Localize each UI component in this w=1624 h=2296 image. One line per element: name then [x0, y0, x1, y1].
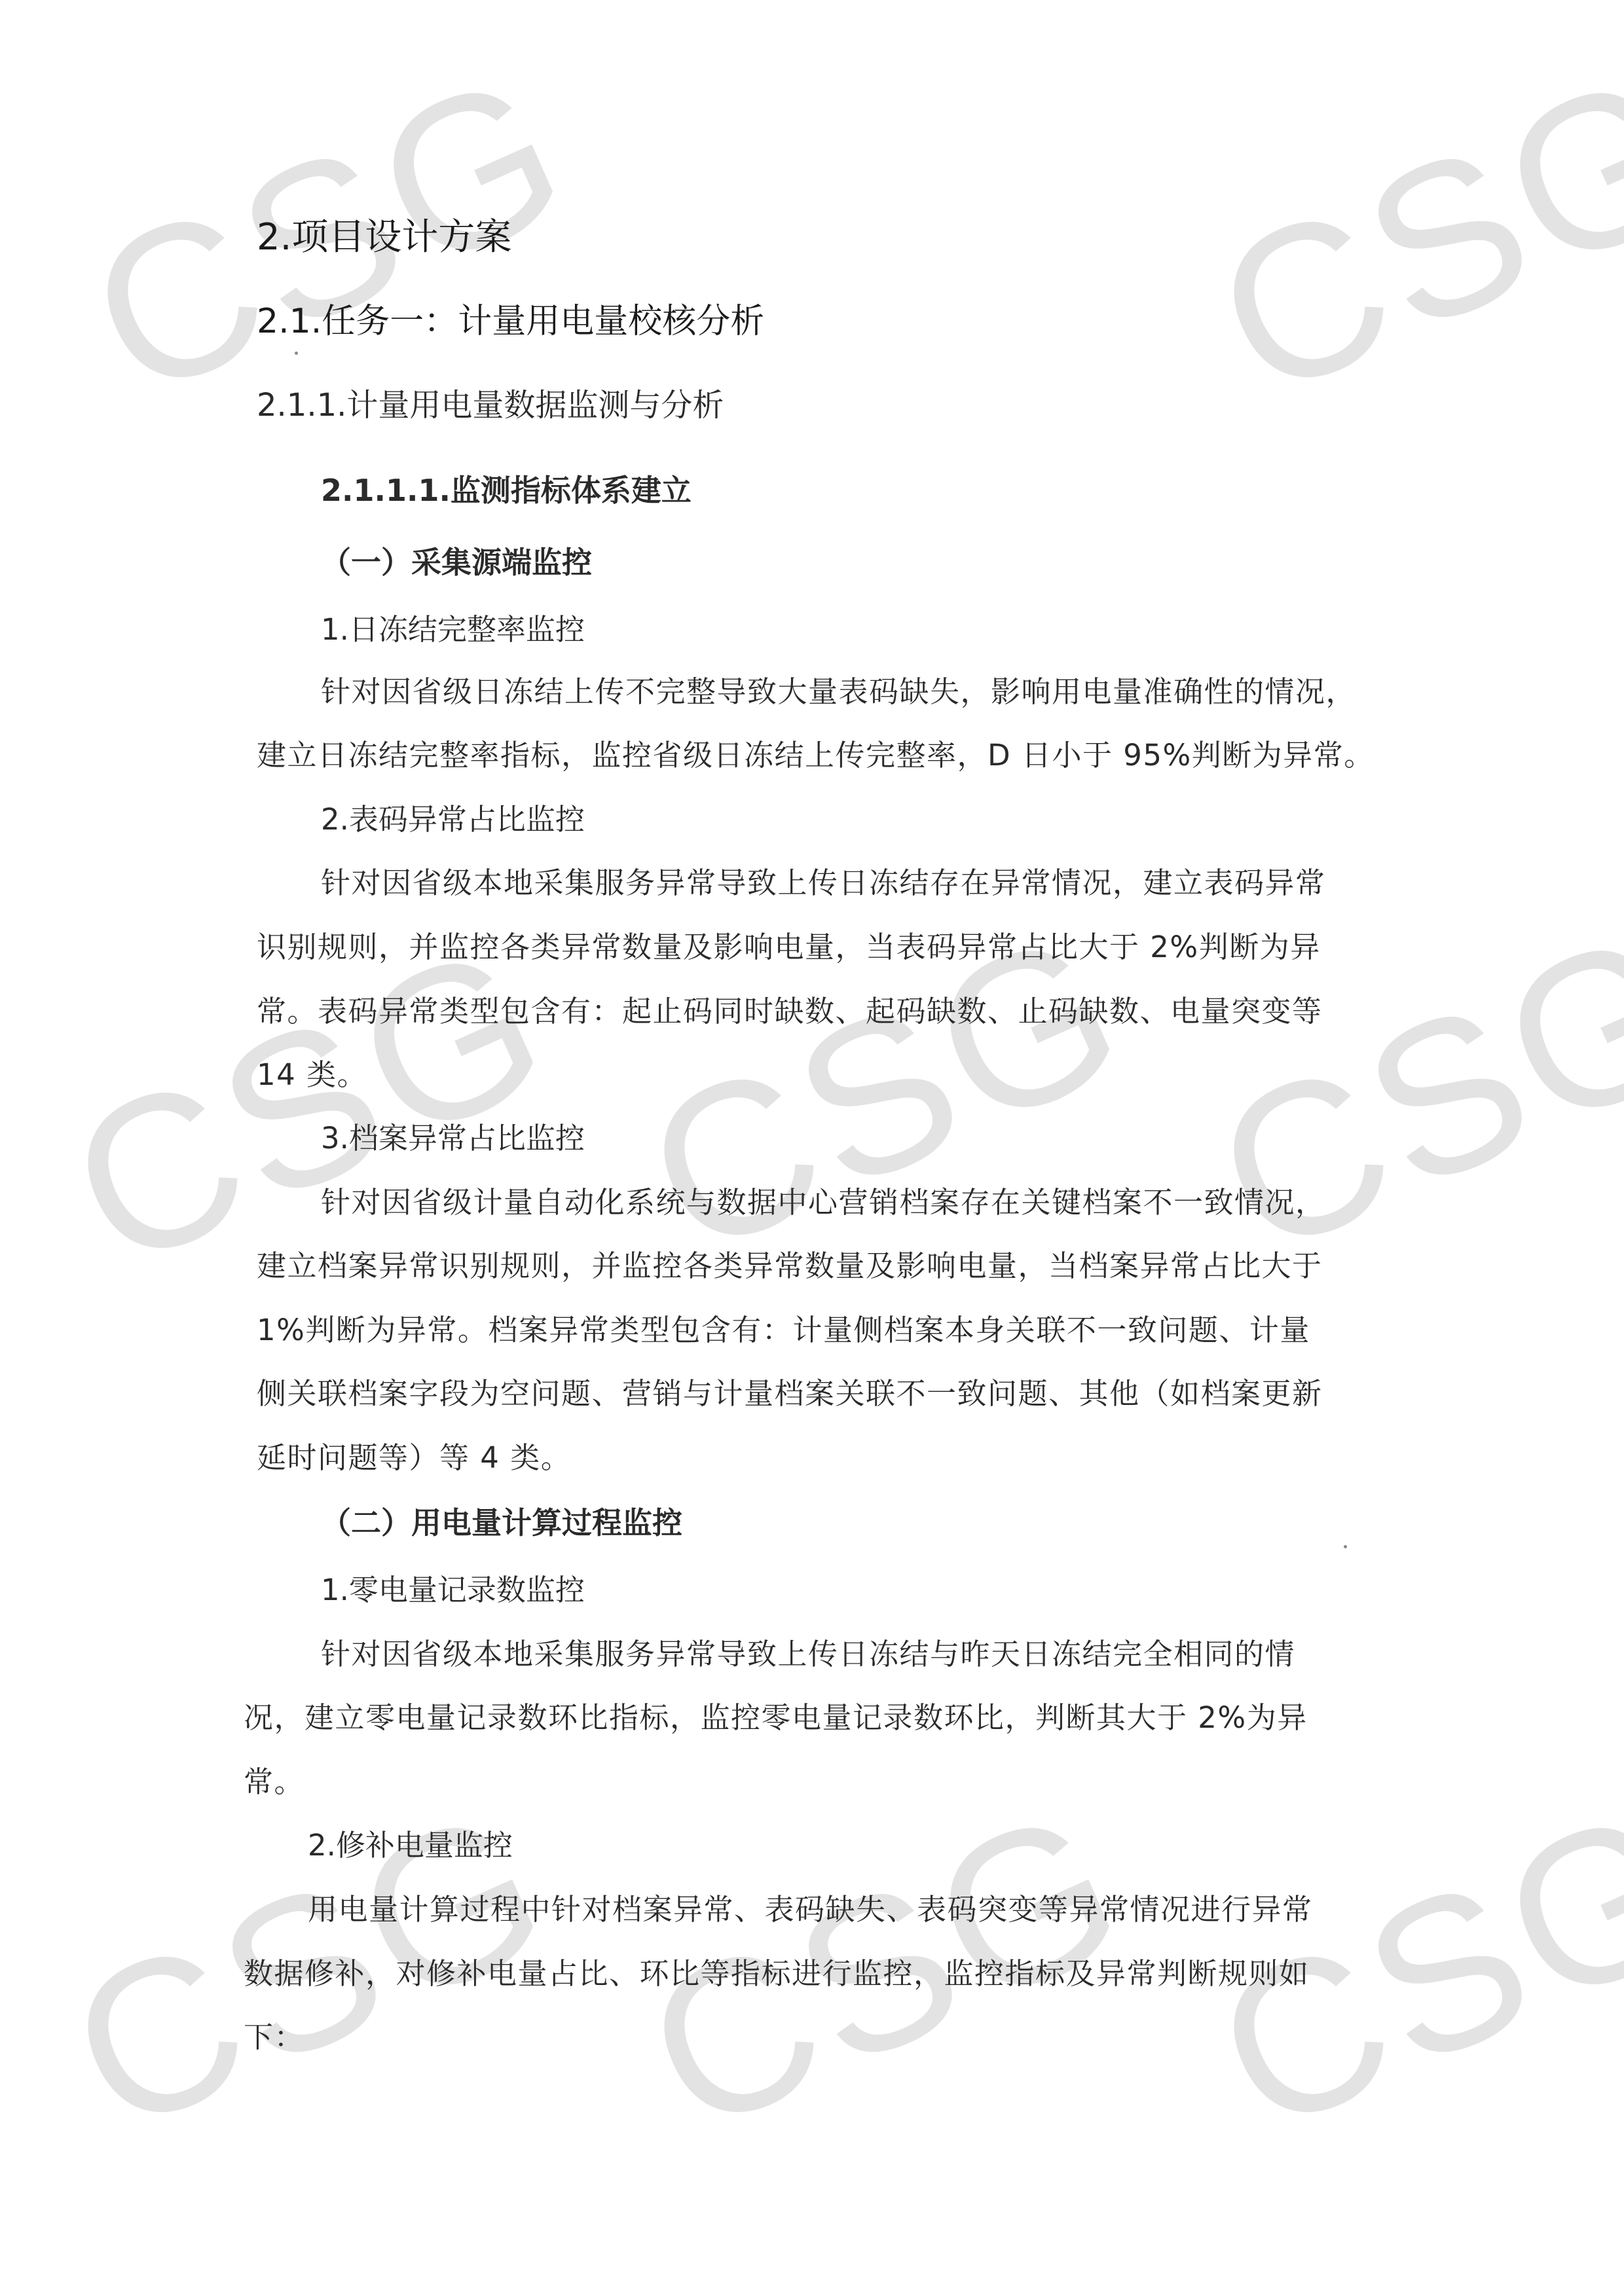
paragraph-line: 数据修补，对修补电量占比、环比等指标进行监控，监控指标及异常判断规则如 [244, 1950, 1310, 1992]
heading-level-4: 2.1.1.1.监测指标体系建立 [321, 467, 692, 510]
paragraph-line: 况，建立零电量记录数环比指标，监控零电量记录数环比，判断其大于 2%为异 [244, 1694, 1308, 1736]
paragraph-line: 针对因省级日冻结上传不完整导致大量表码缺失，影响用电量准确性的情况， [321, 668, 1356, 710]
paragraph-line: 建立档案异常识别规则，并监控各类异常数量及影响电量，当档案异常占比大于 [257, 1242, 1323, 1285]
section-title: （一）采集源端监控 [321, 539, 592, 582]
paragraph-line: 延时问题等）等 4 类。 [257, 1434, 571, 1476]
paragraph-line: 常。表码异常类型包含有：起止码同时缺数、起码缺数、止码缺数、电量突变等 [257, 987, 1323, 1030]
scan-speck [1344, 1545, 1347, 1548]
paragraph-line: 针对因省级本地采集服务异常导致上传日冻结存在异常情况，建立表码异常 [321, 859, 1326, 902]
paragraph-line: 1%判断为异常。档案异常类型包含有：计量侧档案本身关联不一致问题、计量 [257, 1306, 1310, 1349]
paragraph-line: 用电量计算过程中针对档案异常、表码缺失、表码突变等异常情况进行异常 [308, 1886, 1313, 1928]
section-title: （二）用电量计算过程监控 [321, 1499, 682, 1542]
item-title: 3.档案异常占比监控 [321, 1114, 585, 1157]
heading-level-2: 2.1.任务一：计量用电量校核分析 [257, 293, 764, 342]
item-title: 1.零电量记录数监控 [321, 1566, 585, 1609]
watermark-csg: CSG [1189, 36, 1624, 432]
paragraph-line: 针对因省级本地采集服务异常导致上传日冻结与昨天日冻结完全相同的情 [321, 1630, 1295, 1673]
paragraph-line: 建立日冻结完整率指标，监控省级日冻结上传完整率，D 日小于 95%判断为异常。 [257, 731, 1375, 774]
item-title: 2.表码异常占比监控 [321, 795, 585, 838]
item-title: 2.修补电量监控 [308, 1821, 513, 1864]
paragraph-line: 常。 [244, 1758, 304, 1800]
heading-level-3: 2.1.1.计量用电量数据监测与分析 [257, 380, 724, 425]
heading-level-1: 2.项目设计方案 [257, 208, 511, 261]
paragraph-line: 14 类。 [257, 1051, 367, 1093]
paragraph-line: 识别规则，并监控各类异常数量及影响电量，当表码异常占比大于 2%判断为异 [257, 923, 1321, 966]
scan-speck [295, 352, 298, 355]
paragraph-line: 侧关联档案字段为空问题、营销与计量档案关联不一致问题、其他（如档案更新 [257, 1370, 1323, 1412]
item-title: 1.日冻结完整率监控 [321, 606, 585, 648]
paragraph-line: 下： [244, 2013, 304, 2056]
paragraph-line: 针对因省级计量自动化系统与数据中心营销档案存在关键档案不一致情况， [321, 1178, 1326, 1221]
